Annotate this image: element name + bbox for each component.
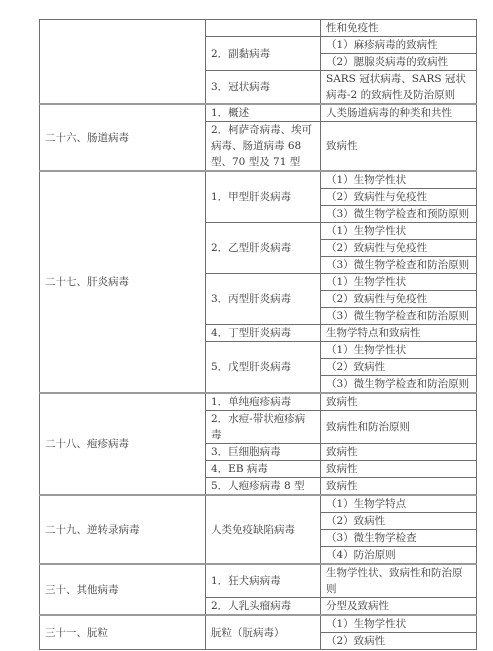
topic-cell: 2．人乳头瘤病毒 (206, 598, 321, 616)
topic-cell: 1．甲型肝炎病毒 (206, 171, 321, 223)
requirement-cell: 致病性和防治原则 (321, 411, 477, 444)
requirement-cell: （2）致病性与免疫性 (321, 189, 477, 206)
requirement-cell: （3）微生物学检查和预防原则 (321, 206, 477, 223)
topic-cell: 1．概述 (206, 104, 321, 122)
topic-cell: 2．副黏病毒 (206, 37, 321, 71)
table-row: 二十八、疱疹病毒1．单纯疱疹病毒致病性 (40, 393, 477, 411)
topic-cell: 人类免疫缺陷病毒 (206, 495, 321, 564)
table-row: 三十、其他病毒1．狂犬病病毒生物学性状、致病性和防治原则 (40, 564, 477, 598)
syllabus-table-body: 性和免疫性2．副黏病毒（1）麻疹病毒的致病性（2）腮腺炎病毒的致病性3．冠状病毒… (40, 20, 477, 650)
unit-cell: 三十一、朊粒 (40, 615, 206, 650)
topic-cell: 3．巨细胞病毒 (206, 444, 321, 461)
requirement-cell: （1）生物学性状 (321, 171, 477, 189)
requirement-cell: （3）微生物学检查和防治原则 (321, 376, 477, 394)
requirement-cell: 致病性 (321, 461, 477, 478)
requirement-cell: （2）致病性 (321, 359, 477, 376)
requirement-cell: （3）微生物学检查和防治原则 (321, 257, 477, 274)
requirement-cell: 人类肠道病毒的种类和共性 (321, 104, 477, 122)
requirement-cell: （1）生物学性状 (321, 342, 477, 359)
requirement-cell: 性和免疫性 (321, 20, 477, 37)
requirement-cell: （4）防治原则 (321, 547, 477, 565)
requirement-cell: SARS 冠状病毒、SARS 冠状病毒-2 的致病性及防治原则 (321, 71, 477, 105)
table-row: 三十一、朊粒朊粒（朊病毒）（1）生物学性状 (40, 615, 477, 633)
requirement-cell: （1）麻疹病毒的致病性 (321, 37, 477, 54)
topic-cell (206, 20, 321, 37)
topic-cell: 4．EB 病毒 (206, 461, 321, 478)
unit-cell (40, 20, 206, 105)
requirement-cell: （2）致病性 (321, 513, 477, 530)
topic-cell: 2．柯萨奇病毒、埃可病毒、肠道病毒 68 型、70 型及 71 型 (206, 122, 321, 172)
requirement-cell: 致病性 (321, 393, 477, 411)
syllabus-table: 性和免疫性2．副黏病毒（1）麻疹病毒的致病性（2）腮腺炎病毒的致病性3．冠状病毒… (39, 19, 477, 650)
requirement-cell: 分型及致病性 (321, 598, 477, 616)
requirement-cell: （3）微生物学检查 (321, 530, 477, 547)
requirement-cell: （3）微生物学检查和防治原则 (321, 308, 477, 325)
unit-cell: 三十、其他病毒 (40, 564, 206, 615)
topic-cell: 2．水痘-带状疱疹病毒 (206, 411, 321, 444)
topic-cell: 朊粒（朊病毒） (206, 615, 321, 650)
table-row: 性和免疫性 (40, 20, 477, 37)
requirement-cell: （1）生物学特点 (321, 495, 477, 513)
requirement-cell: （2）致病性与免疫性 (321, 240, 477, 257)
requirement-cell: （2）腮腺炎病毒的致病性 (321, 54, 477, 71)
requirement-cell: （1）生物学性状 (321, 615, 477, 633)
requirement-cell: 生物学性状、致病性和防治原则 (321, 564, 477, 598)
requirement-cell: （2）致病性 (321, 633, 477, 650)
topic-cell: 5．戊型肝炎病毒 (206, 342, 321, 394)
table-row: 二十七、肝炎病毒1．甲型肝炎病毒（1）生物学性状 (40, 171, 477, 189)
requirement-cell: 生物学特点和致病性 (321, 325, 477, 342)
topic-cell: 1．狂犬病病毒 (206, 564, 321, 598)
unit-cell: 二十八、疱疹病毒 (40, 393, 206, 495)
table-row: 二十六、肠道病毒1．概述人类肠道病毒的种类和共性 (40, 104, 477, 122)
requirement-cell: 致病性 (321, 122, 477, 172)
requirement-cell: 致病性 (321, 444, 477, 461)
unit-cell: 二十七、肝炎病毒 (40, 171, 206, 393)
topic-cell: 2．乙型肝炎病毒 (206, 223, 321, 274)
requirement-cell: 致病性 (321, 478, 477, 496)
table-row: 二十九、逆转录病毒人类免疫缺陷病毒（1）生物学特点 (40, 495, 477, 513)
topic-cell: 3．冠状病毒 (206, 71, 321, 105)
requirement-cell: （1）生物学性状 (321, 223, 477, 240)
topic-cell: 3．丙型肝炎病毒 (206, 274, 321, 325)
topic-cell: 5．人疱疹病毒 8 型 (206, 478, 321, 496)
unit-cell: 二十六、肠道病毒 (40, 104, 206, 171)
topic-cell: 1．单纯疱疹病毒 (206, 393, 321, 411)
requirement-cell: （2）致病性与免疫性 (321, 291, 477, 308)
requirement-cell: （1）生物学性状 (321, 274, 477, 291)
unit-cell: 二十九、逆转录病毒 (40, 495, 206, 564)
topic-cell: 4．丁型肝炎病毒 (206, 325, 321, 342)
